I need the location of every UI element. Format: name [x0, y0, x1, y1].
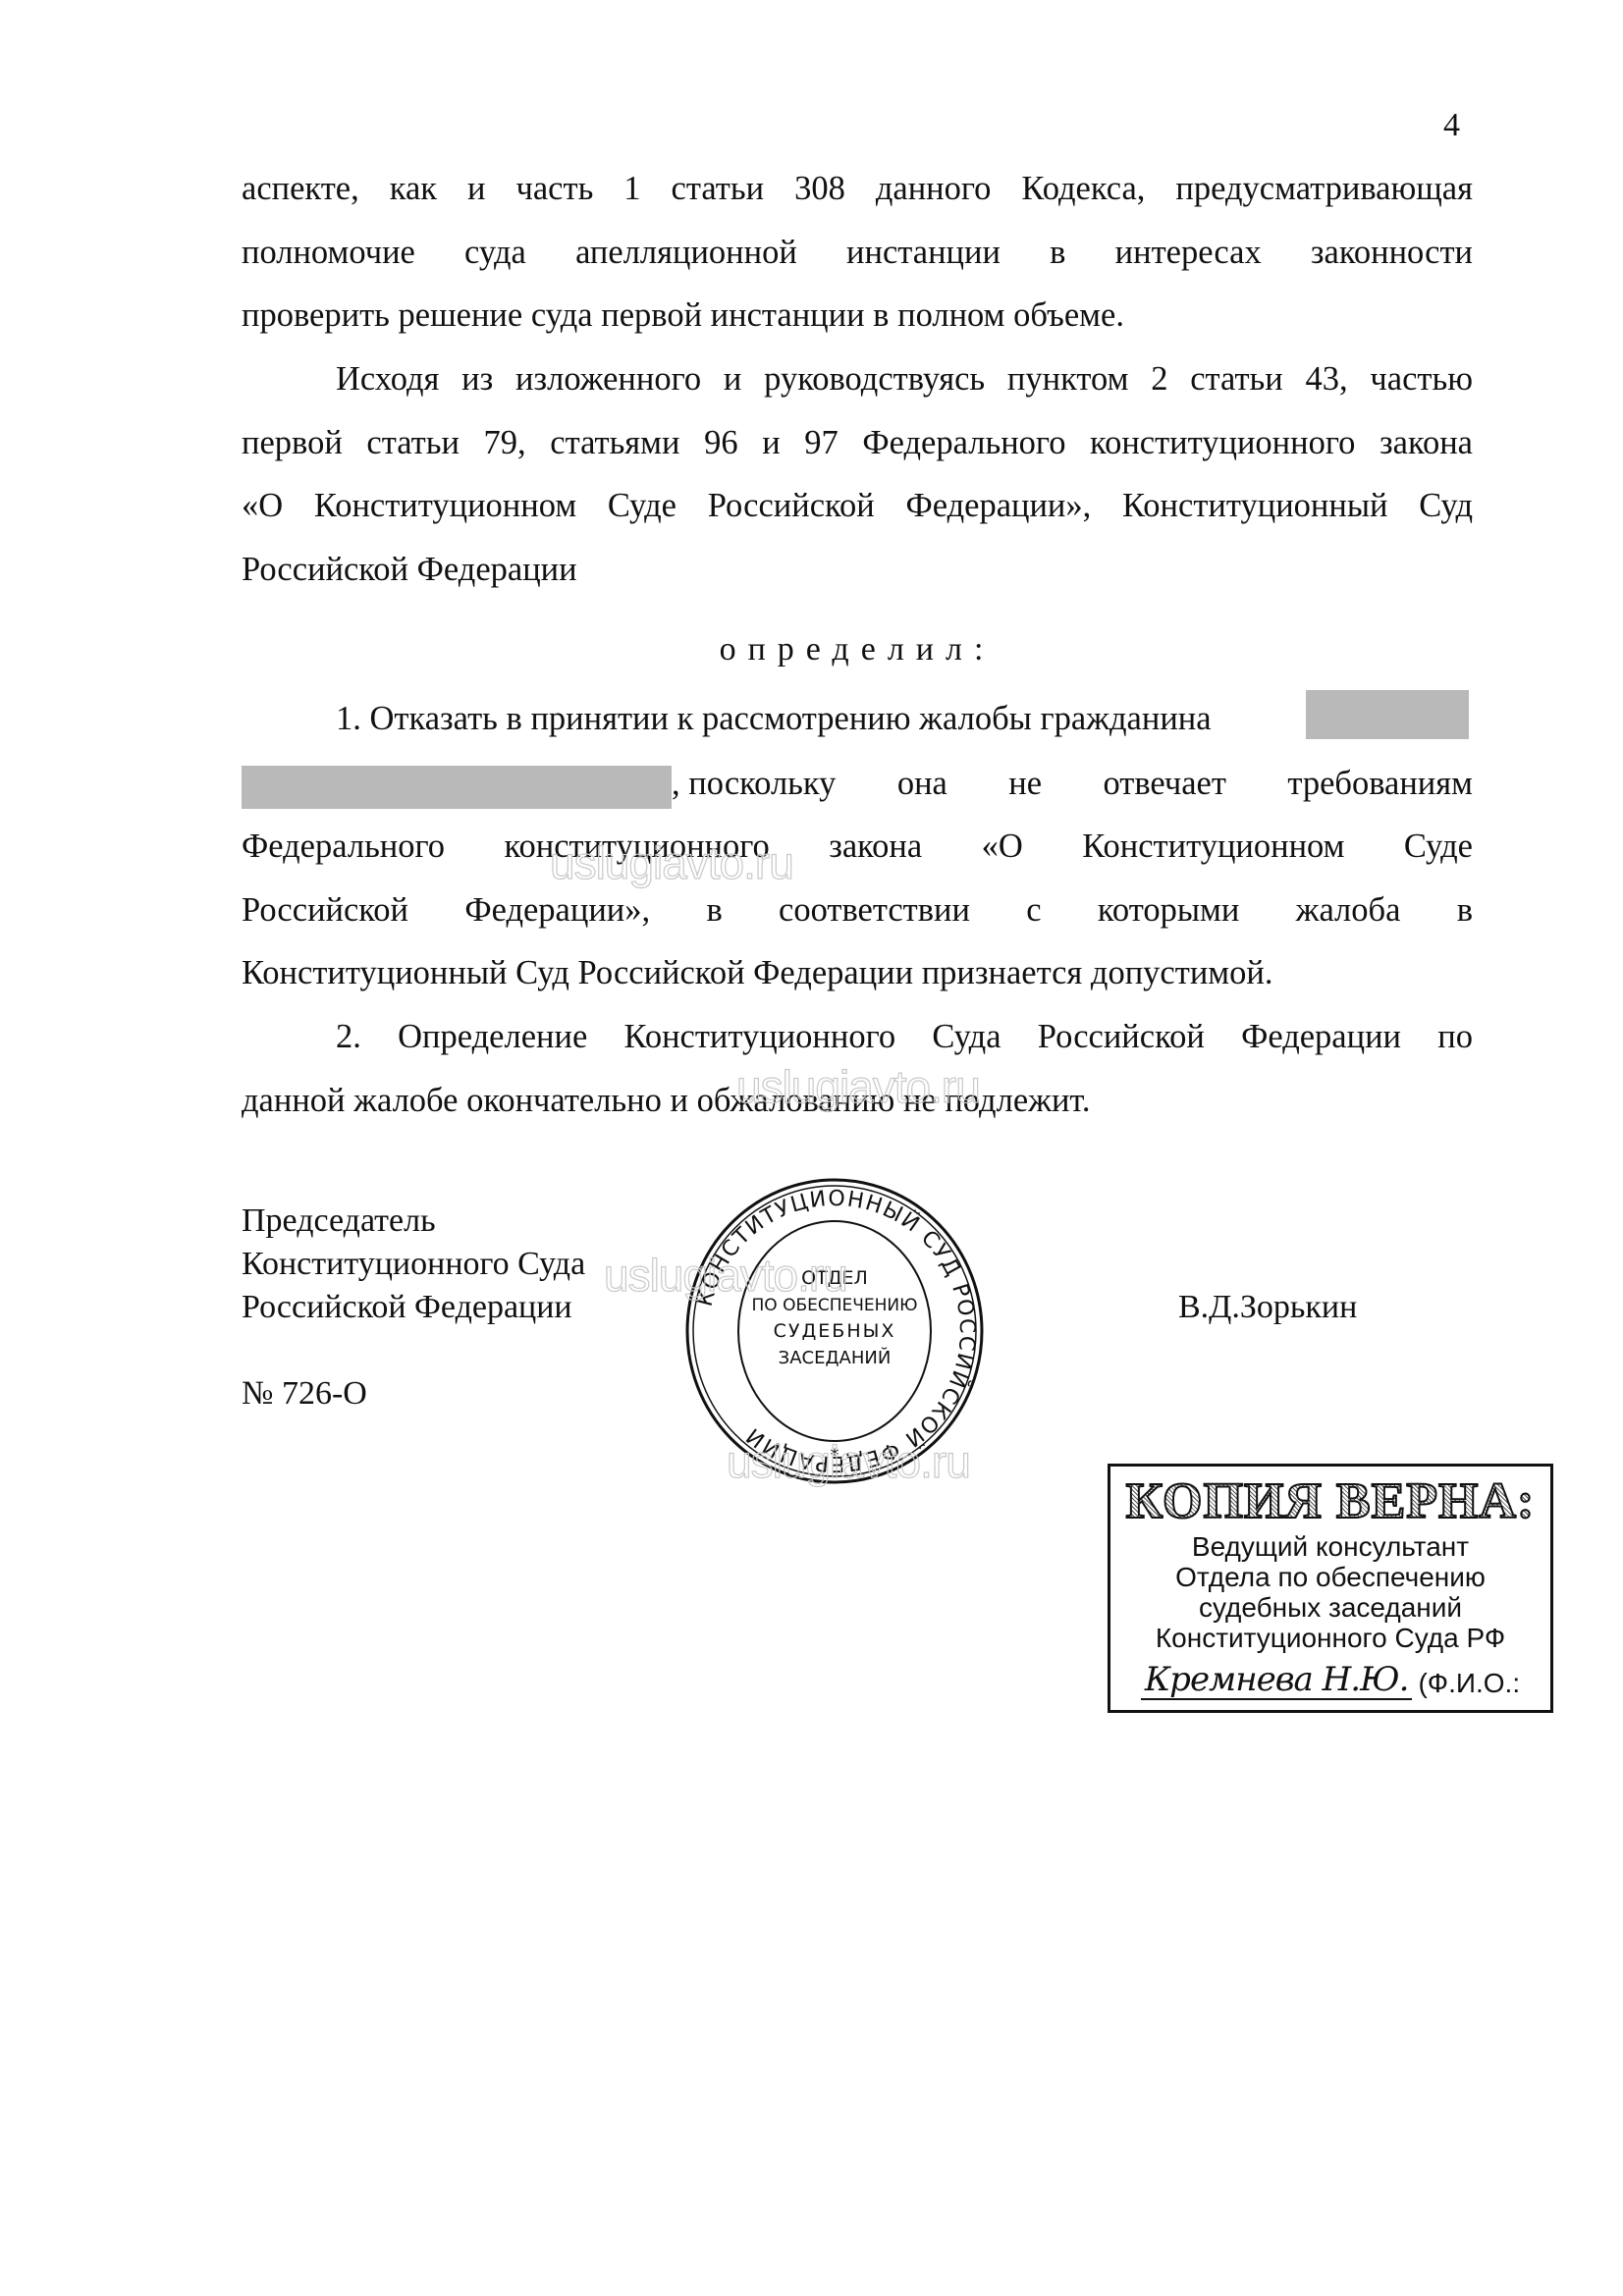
text-line: 2. Определение Конституционного Суда Рос…: [242, 1005, 1473, 1069]
text-line: Российской Федерации: [242, 538, 1473, 602]
seal-inner-line: ПО ОБЕСПЕЧЕНИЮ: [752, 1296, 918, 1315]
text-line-after-redaction: , поскольку она не отвечает требованиям: [672, 752, 1473, 816]
seal-inner-line: ЗАСЕДАНИЙ: [779, 1347, 892, 1368]
text-line: Конституционный Суд Российской Федерации…: [242, 941, 1473, 1005]
text-line: проверить решение суда первой инстанции …: [242, 284, 1473, 347]
text-line: «О Конституционном Суде Российской Федер…: [242, 474, 1473, 538]
court-seal-icon: КОНСТИТУЦИОННЫЙ СУД РОССИЙСКОЙ ФЕДЕРАЦИИ…: [679, 1176, 990, 1486]
page-number: 4: [1443, 106, 1460, 145]
handwritten-signature: Кремнева Н.Ю.: [1141, 1661, 1413, 1700]
redaction-box-surname: [242, 766, 672, 809]
signatory-name: В.Д.Зорькин: [1178, 1286, 1357, 1329]
paragraph-continuation: аспекте, как и часть 1 статьи 308 данног…: [242, 157, 1473, 347]
stamp-line: Конституционного Суда РФ: [1110, 1623, 1550, 1653]
text-line: 1. Отказать в принятии к рассмотрению жа…: [242, 687, 1473, 751]
document-number: № 726-О: [242, 1372, 367, 1415]
ruling-item-1-rest: Федерального конституционного закона «О …: [242, 815, 1473, 1005]
paragraph-legal-basis: Исходя из изложенного и руководствуясь п…: [242, 347, 1473, 601]
stamp-line: судебных заседаний: [1110, 1592, 1550, 1623]
stamp-line: Ведущий консультант: [1110, 1531, 1550, 1562]
text-line: полномочие суда апелляционной инстанции …: [242, 221, 1473, 285]
stamp-line: Отдела по обеспечению: [1110, 1562, 1550, 1592]
text-line: первой статьи 79, статьями 96 и 97 Федер…: [242, 411, 1473, 475]
document-page: 4 аспекте, как и часть 1 статьи 308 данн…: [0, 0, 1623, 2296]
copy-certified-stamp: КОПИЯ ВЕРНА: Ведущий консультант Отдела …: [1108, 1464, 1553, 1713]
stamp-title: КОПИЯ ВЕРНА:: [1110, 1472, 1550, 1531]
word: отвечает: [1103, 752, 1225, 816]
redaction-box-name: [1306, 690, 1469, 739]
seal-inner-line: СУДЕБНЫХ: [774, 1320, 896, 1342]
seal-star: *: [831, 1445, 839, 1466]
stamp-fio-label: (Ф.И.О.:: [1418, 1667, 1520, 1700]
signatory-title: Председатель Конституционного Суда Росси…: [242, 1200, 585, 1329]
text-line: Исходя из изложенного и руководствуясь п…: [242, 347, 1473, 411]
ruling-item-1: 1. Отказать в принятии к рассмотрению жа…: [242, 687, 1473, 751]
seal-inner-line: ОТДЕЛ: [801, 1267, 868, 1289]
signatory-title-line: Председатель: [242, 1200, 585, 1243]
text-line: аспекте, как и часть 1 статьи 308 данног…: [242, 157, 1473, 221]
signatory-title-line: Конституционного Суда: [242, 1243, 585, 1286]
text-line: Российской Федерации», в соответствии с …: [242, 879, 1473, 942]
signatory-title-line: Российской Федерации: [242, 1286, 585, 1329]
word: требованиям: [1287, 752, 1473, 816]
word: , поскольку: [672, 752, 836, 816]
word: она: [897, 752, 947, 816]
text-line: данной жалобе окончательно и обжалованию…: [242, 1069, 1473, 1133]
word: не: [1008, 752, 1042, 816]
ruling-item-2: 2. Определение Конституционного Суда Рос…: [242, 1005, 1473, 1132]
text-line: Федерального конституционного закона «О …: [242, 815, 1473, 879]
verdict-heading: определил:: [242, 618, 1473, 681]
stamp-signature-row: Кремнева Н.Ю. (Ф.И.О.:: [1110, 1657, 1550, 1700]
